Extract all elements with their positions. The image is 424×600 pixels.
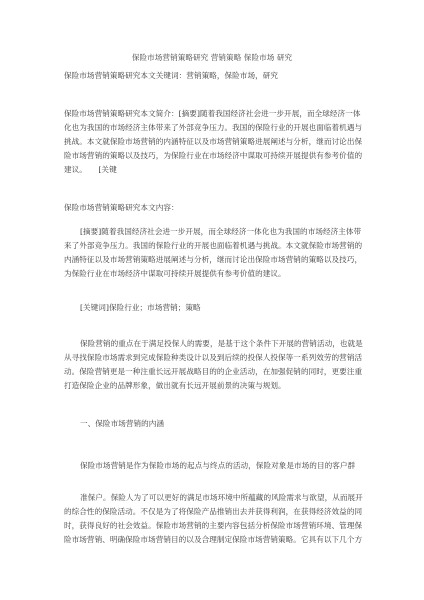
intro-line: 建议。 [关键 [64,164,356,175]
para1-line: 从寻找保险市场需求到完成保险种类设计以及到后续的投保人投保等一系列效劳的营销活 [64,352,356,363]
intro-line: 化也为我国的市场经济主体带来了外部竞争压力。我国的保险行业的开展也面临着机遇与 [64,122,356,133]
para3-line: 的综合性的保险活动。不仅是为了将保险产品推销出去并获得利润，在获得经济效益的同 [64,506,356,517]
intro-line: 挑战。本文就保险市场营销的内涵特征以及市场营销策略进展阐述与分析，继而讨论出保 [64,136,356,147]
abstract-keywords: [关键词]保险行业；市场营销；策略 [80,302,201,313]
abstract-line: [摘要]随着我国经济社会进一步开展，而全球经济一体化也为我国的市场经济主体带 [80,226,361,237]
para3-line: 时，获得良好的社会效益。保险市场营销的主要内容包括分析保险市场营销环境、管理保 [64,520,356,531]
section-heading: 一、保险市场营销的内涵 [80,418,164,429]
abstract-line: 来了外部竞争压力。我国的保险行业的开展也面临着机遇与挑战。本文就保险市场营销的 [64,240,356,251]
para1-line: 打造保险企业的品牌形象，做出就有长远开展前景的决策与规划。 [64,380,356,391]
abstract-line: 内涵特征以及市场营销策略进展阐述与分析，继而讨论出保险市场营销的策略以及技巧， [64,254,356,265]
keywords-line: 保险市场营销策略研究本文关键词：营销策略，保险市场，研究 [64,70,356,81]
para1-line: 动。保险营销更是一种注重长远开展战略目的的企业活动，在加强促销的同时，更要注重 [64,366,356,377]
document-title: 保险市场营销策略研究 营销策略 保险市场 研究 [0,52,424,63]
para3-line: 准保户。保险人为了可以更好的满足市场环境中所蕴藏的风险需求与欲望，从而展开 [80,492,363,503]
para1-line: 保险营销的重点在于满足投保人的需要，是基于这个条件下开展的营销活动，也就是 [80,338,363,349]
document-page: 保险市场营销策略研究 营销策略 保险市场 研究 保险市场营销策略研究本文关键词：… [0,0,424,600]
abstract-line: 为保险行业在市场经济中谋取可持续开展提供有参考价值的建议。 [64,268,356,279]
intro-line: 保险市场营销策略研究本文简介：[摘要]随着我国经济社会进一步开展，而全球经济一体 [64,108,356,119]
para2: 保险市场营销是作为保险市场的起点与终点的活动，保险对象是市场的目的客户群 [80,460,355,471]
content-heading: 保险市场营销策略研究本文内容： [64,202,356,213]
intro-line: 险市场营销的策略以及技巧，为保险行业在市场经济中谋取可持续开展提供有参考价值的 [64,150,356,161]
para3-line: 险市场营销、明确保险市场营销目的以及合理制定保险市场营销策略。它具有以下几个方 [64,534,356,545]
